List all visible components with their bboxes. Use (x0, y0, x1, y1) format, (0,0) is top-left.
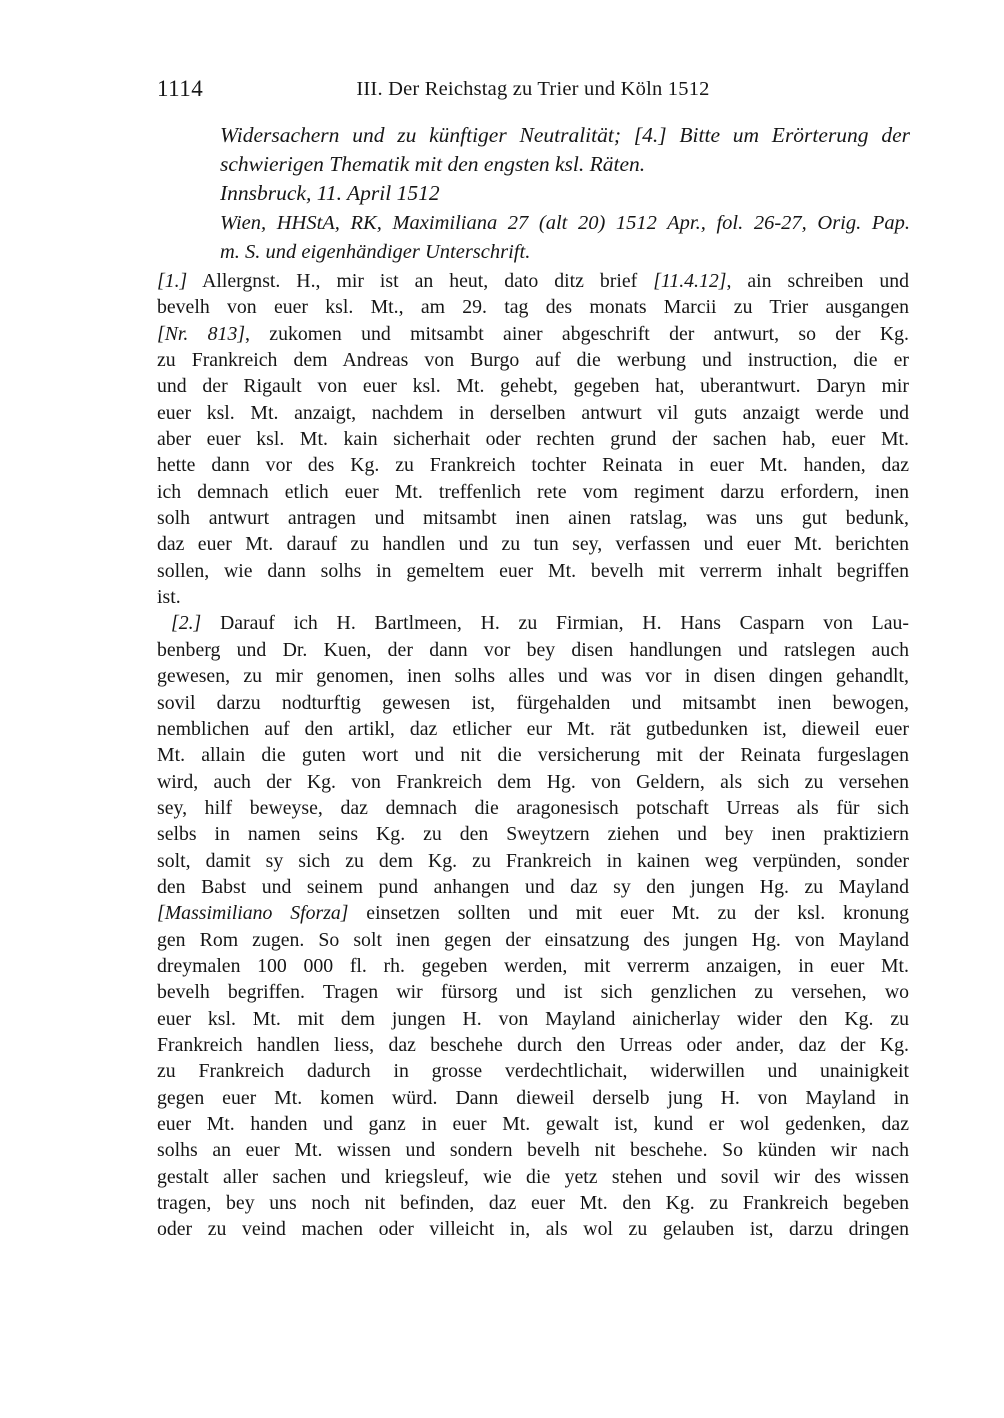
text-line: m. S. und eigenhändiger Unterschrift. (220, 238, 910, 267)
text-line: solt, damit sy sich zu dem Kg. zu Frankr… (157, 848, 909, 874)
editorial-italic-text: [Nr. 813] (157, 323, 245, 345)
body-text-run: sollen, wie dann solhs in gemeltem euer … (157, 560, 909, 582)
text-line: euer ksl. Mt. mit dem jungen H. von Mayl… (157, 1006, 909, 1032)
body-text-run: gewesen, zu mir genomen, inen solhs alle… (157, 665, 909, 687)
body-text-run: daz euer Mt. darauf zu handlen und zu tu… (157, 533, 909, 555)
body-text-run: euer ksl. Mt. mit dem jungen H. von Mayl… (157, 1008, 909, 1030)
text-line: daz euer Mt. darauf zu handlen und zu tu… (157, 531, 909, 557)
body-text-run: Frankreich handlen liess, daz beschehe d… (157, 1034, 909, 1056)
editorial-italic-text: [2.] (171, 612, 201, 634)
body-text-run: solhs an euer Mt. wissen und sondern bev… (157, 1139, 909, 1161)
body-text-run: zu Frankreich dem Andreas von Burgo auf … (157, 349, 909, 371)
text-line: sovil darzu nodturftig gewesen ist, fürg… (157, 690, 909, 716)
text-line: zu Frankreich dadurch in grosse verdecht… (157, 1058, 909, 1084)
document-abstract: Widersachern und zu künftiger Neutralitä… (220, 121, 910, 180)
body-text-run: wird, auch der Kg. von Frankreich dem Hg… (157, 771, 909, 793)
text-line: benberg und Dr. Kuen, der dann vor bey d… (157, 637, 909, 663)
body-text-run: bevelh von euer ksl. Mt., am 29. tag des… (157, 296, 909, 318)
editorial-italic-text: [11.4.12] (653, 270, 726, 292)
text-line: dreymalen 100 000 fl. rh. gegeben werden… (157, 953, 909, 979)
page-header: 1114 III. Der Reichstag zu Trier und Köl… (157, 76, 909, 106)
body-text-run: ist. (157, 586, 181, 608)
text-line: ich demnach etlich euer Mt. treffenlich … (157, 479, 909, 505)
editorial-italic-text: Widersachern und zu künftiger Neutralitä… (220, 123, 910, 147)
running-header: III. Der Reichstag zu Trier und Köln 151… (157, 78, 909, 101)
body-text-run: gen Rom zugen. So solt inen gegen der ei… (157, 929, 909, 951)
text-line: nemblichen auf den artikl, daz etlicher … (157, 716, 909, 742)
text-line: bevelh von euer ksl. Mt., am 29. tag des… (157, 294, 909, 320)
text-line: wird, auch der Kg. von Frankreich dem Hg… (157, 769, 909, 795)
text-line: Frankreich handlen liess, daz beschehe d… (157, 1032, 909, 1058)
text-line: euer ksl. Mt. anzaigt, nachdem in dersel… (157, 400, 909, 426)
text-line: gewesen, zu mir genomen, inen solhs alle… (157, 663, 909, 689)
body-text-run: ich demnach etlich euer Mt. treffenlich … (157, 481, 909, 503)
body-text-run: gestalt aller sachen und kriegsleuf, wie… (157, 1166, 909, 1188)
body-text-run: nemblichen auf den artikl, daz etlicher … (157, 718, 909, 740)
body-text-run: , zukomen und mitsambt ainer abgeschrift… (245, 323, 909, 345)
text-line: tragen, bey uns noch nit befinden, daz e… (157, 1190, 909, 1216)
text-line: gen Rom zugen. So solt inen gegen der ei… (157, 927, 909, 953)
text-line: Innsbruck, 11. April 1512 (220, 179, 910, 208)
text-line: hette dann vor des Kg. zu Frankreich toc… (157, 452, 909, 478)
body-text-run: und der Rigault von euer ksl. Mt. gehebt… (157, 375, 909, 397)
body-text-run: Darauf ich H. Bartlmeen, H. zu Firmian, … (201, 612, 909, 634)
editorial-italic-text: Innsbruck, 11. April 1512 (220, 181, 440, 205)
dateline: Innsbruck, 11. April 1512 (220, 179, 910, 208)
text-line: bevelh begriffen. Tragen wir fürsorg und… (157, 979, 909, 1005)
body-text-run: solh antwurt antragen und mitsambt inen … (157, 507, 909, 529)
body-text-run: bevelh begriffen. Tragen wir fürsorg und… (157, 981, 909, 1003)
text-line: [2.] Darauf ich H. Bartlmeen, H. zu Firm… (157, 610, 909, 636)
archival-source-note: Wien, HHStA, RK, Maximiliana 27 (alt 20)… (220, 209, 910, 268)
body-text-run: einsetzen sollten und mit euer Mt. zu de… (348, 902, 909, 924)
text-line: gestalt aller sachen und kriegsleuf, wie… (157, 1164, 909, 1190)
body-text-run: euer ksl. Mt. anzaigt, nachdem in dersel… (157, 402, 909, 424)
text-line: Widersachern und zu künftiger Neutralitä… (220, 121, 910, 150)
body-text-run: , ain schreiben und (726, 270, 909, 292)
body-text-run: gegen euer Mt. komen würd. Dann dieweil … (157, 1087, 909, 1109)
text-line: ist. (157, 584, 909, 610)
body-text-run: den Babst und seinem pund anhangen und d… (157, 876, 909, 898)
text-line: oder zu veind machen oder villeicht in, … (157, 1216, 909, 1242)
text-line: schwierigen Thematik mit den engsten ksl… (220, 150, 910, 179)
text-line: solh antwurt antragen und mitsambt inen … (157, 505, 909, 531)
body-text-run: tragen, bey uns noch nit befinden, daz e… (157, 1192, 909, 1214)
body-text-run: selbs in namen seins Kg. zu den Sweytzer… (157, 823, 909, 845)
text-line: [Nr. 813], zukomen und mitsambt ainer ab… (157, 321, 909, 347)
editorial-italic-text: [Massimiliano Sforza] (157, 902, 348, 924)
text-line: den Babst und seinem pund anhangen und d… (157, 874, 909, 900)
editorial-italic-text: schwierigen Thematik mit den engsten ksl… (220, 152, 645, 176)
body-text-run: hette dann vor des Kg. zu Frankreich toc… (157, 454, 909, 476)
text-line: zu Frankreich dem Andreas von Burgo auf … (157, 347, 909, 373)
body-text-run: Allergnst. H., mir ist an heut, dato dit… (187, 270, 653, 292)
editorial-italic-text: m. S. und eigenhändiger Unterschrift. (220, 241, 530, 263)
text-line: gegen euer Mt. komen würd. Dann dieweil … (157, 1085, 909, 1111)
book-page: 1114 III. Der Reichstag zu Trier und Köl… (0, 0, 1004, 1418)
text-line: aber euer ksl. Mt. kain sicherhait oder … (157, 426, 909, 452)
text-line: [1.] Allergnst. H., mir ist an heut, dat… (157, 268, 909, 294)
body-text-run: benberg und Dr. Kuen, der dann vor bey d… (157, 639, 909, 661)
body-text-run: aber euer ksl. Mt. kain sicherhait oder … (157, 428, 909, 450)
body-text-run: euer Mt. handen und ganz in euer Mt. gew… (157, 1113, 909, 1135)
body-text-run: sey, hilf beweyse, daz demnach die arago… (157, 797, 909, 819)
text-line: Mt. allain die guten wort und nit die ve… (157, 742, 909, 768)
body-text-run: oder zu veind machen oder villeicht in, … (157, 1218, 909, 1240)
body-text-run: zu Frankreich dadurch in grosse verdecht… (157, 1060, 909, 1082)
text-line: euer Mt. handen und ganz in euer Mt. gew… (157, 1111, 909, 1137)
text-line: und der Rigault von euer ksl. Mt. gehebt… (157, 373, 909, 399)
editorial-italic-text: [1.] (157, 270, 187, 292)
body-text-run: dreymalen 100 000 fl. rh. gegeben werden… (157, 955, 909, 977)
text-line: Wien, HHStA, RK, Maximiliana 27 (alt 20)… (220, 209, 910, 238)
text-line: selbs in namen seins Kg. zu den Sweytzer… (157, 821, 909, 847)
body-text-run: sovil darzu nodturftig gewesen ist, fürg… (157, 692, 909, 714)
text-line: sollen, wie dann solhs in gemeltem euer … (157, 558, 909, 584)
text-line: sey, hilf beweyse, daz demnach die arago… (157, 795, 909, 821)
editorial-italic-text: Wien, HHStA, RK, Maximiliana 27 (alt 20)… (220, 212, 910, 234)
body-text-run: Mt. allain die guten wort und nit die ve… (157, 744, 909, 766)
text-line: [Massimiliano Sforza] einsetzen sollten … (157, 900, 909, 926)
text-line: solhs an euer Mt. wissen und sondern bev… (157, 1137, 909, 1163)
body-text-run: solt, damit sy sich zu dem Kg. zu Frankr… (157, 850, 909, 872)
document-body: [1.] Allergnst. H., mir ist an heut, dat… (157, 268, 909, 1243)
